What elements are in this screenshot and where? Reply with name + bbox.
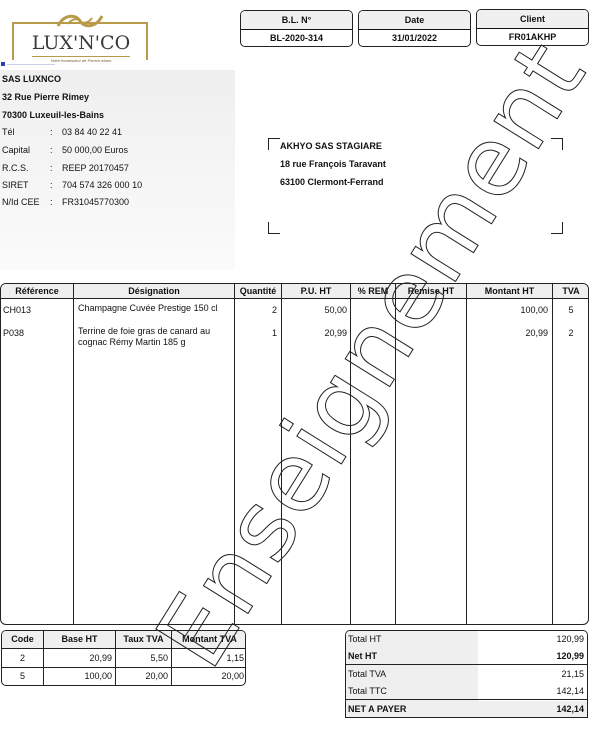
total-ht-row: Total HT 120,99	[346, 631, 587, 648]
item-unit-price: 50,00	[282, 305, 347, 316]
corner-mark	[551, 222, 563, 234]
item-vat-code: 2	[553, 328, 589, 339]
corner-mark	[268, 222, 280, 234]
logo-link	[1, 62, 101, 66]
total-tva-row: Total TVA 21,15	[346, 666, 587, 683]
company-name: SAS LUXNCO	[2, 74, 61, 84]
net-ht-row: Net HT 120,99	[346, 648, 587, 665]
corner-mark	[268, 138, 280, 150]
vat-table: Code Base HT Taux TVA Montant TVA 2 20,9…	[1, 630, 246, 686]
totals-box: Total HT 120,99 Net HT 120,99 Total TVA …	[345, 630, 588, 718]
company-logo: LUX'N'CO Votre fournisseur de French win…	[10, 12, 148, 62]
item-amount: 100,00	[467, 305, 548, 316]
bl-number-box: B.L. N° BL-2020-314	[240, 10, 353, 47]
bl-number-label: B.L. N°	[241, 11, 352, 30]
date-box: Date 31/01/2022	[358, 10, 471, 47]
date-label: Date	[359, 11, 470, 30]
ornament-icon	[54, 12, 106, 30]
items-table-header: Référence Désignation Quantité P.U. HT %…	[1, 284, 588, 299]
total-ttc-row: Total TTC 142,14	[346, 683, 587, 700]
item-designation: Champagne Cuvée Prestige 150 cl	[78, 303, 218, 314]
item-designation: cognac Rémy Martin 185 g	[78, 337, 186, 348]
item-quantity: 1	[235, 328, 277, 339]
recipient-city: 63100 Clermont-Ferrand	[280, 177, 384, 187]
table-row: 5 100,00 20,00 20,00	[2, 668, 245, 686]
column-header: Remise HT	[396, 284, 466, 299]
vat-table-header: Code Base HT Taux TVA Montant TVA	[2, 631, 245, 649]
column-header: Référence	[1, 284, 73, 299]
column-header: TVA	[553, 284, 589, 299]
column-header: Désignation	[74, 284, 234, 299]
item-designation: Terrine de foie gras de canard au	[78, 326, 210, 337]
column-header: % REM	[351, 284, 395, 299]
recipient-name: AKHYO SAS STAGIARE	[280, 141, 382, 151]
item-quantity: 2	[235, 305, 277, 316]
item-vat-code: 5	[553, 305, 589, 316]
client-value: FR01AKHP	[477, 29, 588, 46]
column-header: Montant HT	[467, 284, 552, 299]
net-a-payer-row: NET A PAYER 142,14	[346, 701, 587, 718]
item-reference: CH013	[3, 305, 31, 316]
items-table: Référence Désignation Quantité P.U. HT %…	[0, 283, 589, 625]
logo-brand: LUX'N'CO	[10, 32, 152, 54]
item-unit-price: 20,99	[282, 328, 347, 339]
small-square-icon	[1, 62, 5, 66]
item-amount: 20,99	[467, 328, 548, 339]
date-value: 31/01/2022	[359, 30, 470, 47]
recipient-street: 18 rue François Taravant	[280, 159, 386, 169]
company-street: 32 Rue Pierre Rimey	[2, 92, 89, 102]
client-label: Client	[477, 10, 588, 29]
bl-number-value: BL-2020-314	[241, 30, 352, 47]
corner-mark	[551, 138, 563, 150]
table-row: 2 20,99 5,50 1,15	[2, 650, 245, 668]
column-header: P.U. HT	[282, 284, 350, 299]
client-box: Client FR01AKHP	[476, 9, 589, 46]
company-city: 70300 Luxeuil-les-Bains	[2, 110, 104, 120]
company-info-panel: SAS LUXNCO 32 Rue Pierre Rimey 70300 Lux…	[0, 70, 235, 270]
item-reference: P038	[3, 328, 24, 339]
column-header: Quantité	[235, 284, 281, 299]
